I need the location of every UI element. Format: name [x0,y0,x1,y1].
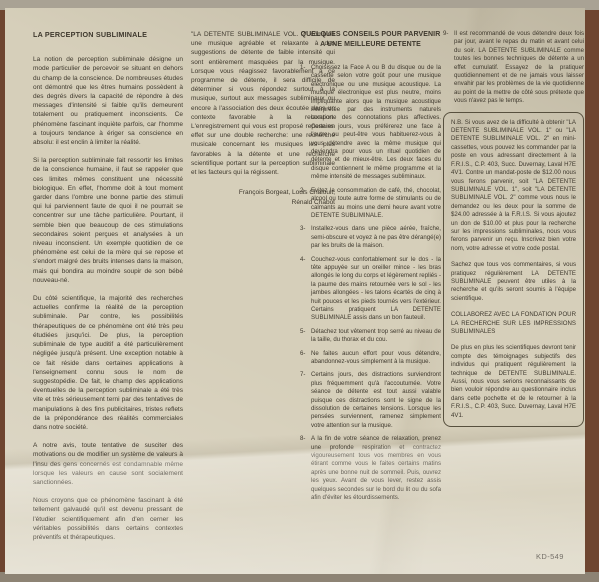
list-item: 8- A la fin de votre séance de relaxatio… [300,435,441,502]
paragraph: Nous croyons que ce phénomène fascinant … [33,496,183,542]
list-item: 4- Couchez-vous confortablement sur le d… [300,256,441,323]
photo-background: LA PERCEPTION SUBLIMINALE La notion de p… [0,0,599,582]
list-item: 6- Ne faites aucun effort pour vous déte… [300,350,441,367]
list-item: 9- Il est recommandé de vous détendre de… [443,30,584,106]
list-item: 2- Evitez la consommation de café, thé, … [300,187,441,221]
paragraph: La notion de perception subliminale dési… [33,55,183,147]
questionnaire-note: De plus en plus les scientifiques devron… [451,344,576,420]
album-back-cover: LA PERCEPTION SUBLIMINALE La notion de p… [5,8,585,574]
mail-order-box: N.B. Si vous avez de la difficulté à obt… [443,112,584,427]
section-title-conseils: QUELQUES CONSEILS POUR PARVENIRA UNE MEI… [300,30,441,50]
column-perception-subliminale: LA PERCEPTION SUBLIMINALE La notion de p… [33,30,183,551]
catalog-number: KD-549 [536,552,564,561]
paragraph: A notre avis, toute tentative de suscite… [33,441,183,487]
list-item: 3- Installez-vous dans une pièce aérée, … [300,225,441,250]
list-item: 7- Certains jours, des distractions surv… [300,371,441,430]
nb-note: N.B. Si vous avez de la difficulté à obt… [451,119,576,254]
paragraph: Du côté scientifique, la majorité des re… [33,294,183,432]
column-conseils-2: 9- Il est recommandé de vous détendre de… [443,30,584,427]
list-item: 1- Choisissez la Face A ou B du disque o… [300,64,441,182]
sachez-note: Sachez que tous vos commentaires, si vou… [451,261,576,303]
collaborez-heading: COLLABOREZ AVEC LA FONDATION POUR LA REC… [451,311,576,336]
paragraph: Si la perception subliminale fait ressor… [33,156,183,285]
list-item: 5- Détachez tout vêtement trop serré au … [300,328,441,345]
section-title-perception: LA PERCEPTION SUBLIMINALE [33,30,183,39]
column-conseils-1: QUELQUES CONSEILS POUR PARVENIRA UNE MEI… [300,30,441,508]
